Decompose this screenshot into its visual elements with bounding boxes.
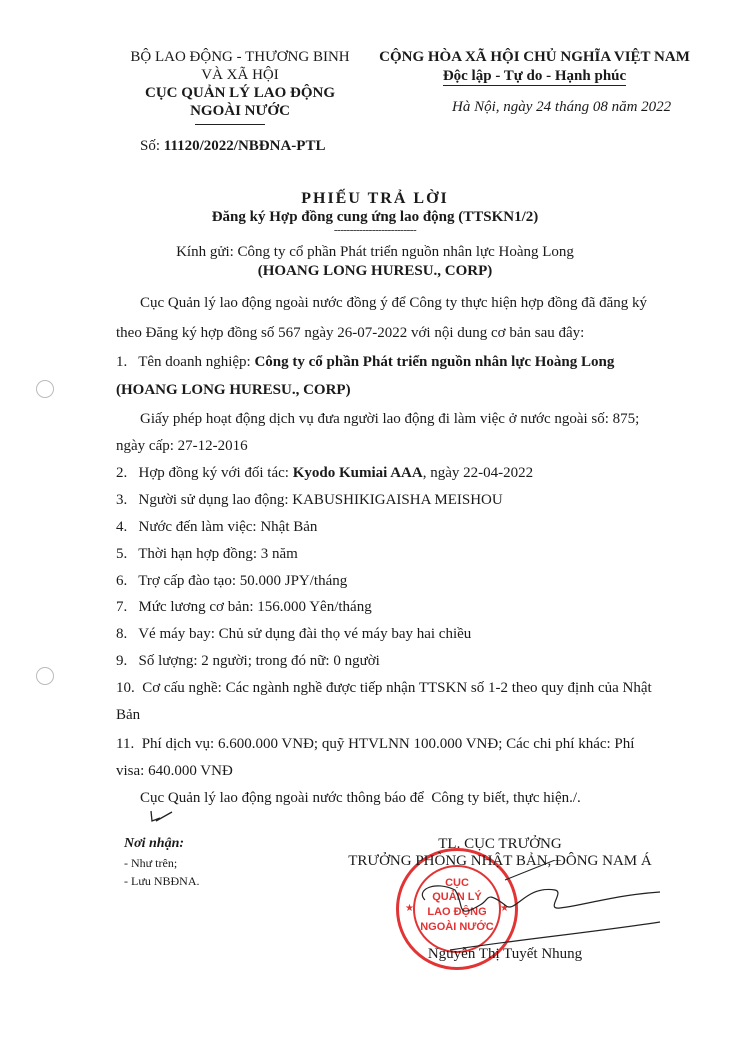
item-3: 3. Người sử dụng lao động: KABUSHIKIGAIS… bbox=[116, 492, 503, 509]
item-9: 9. Số lượng: 2 người; trong đó nữ: 0 ngư… bbox=[116, 653, 380, 670]
item-1: 1. Tên doanh nghiệp: Công ty cổ phần Phá… bbox=[116, 354, 614, 371]
recipient-en: (HOANG LONG HURESU., CORP) bbox=[0, 263, 750, 280]
title-divider: -------------------------- bbox=[0, 224, 750, 236]
ministry-name: BỘ LAO ĐỘNG - THƯƠNG BINH VÀ XÃ HỘI CỤC … bbox=[110, 48, 370, 120]
intro-line1: Cục Quản lý lao động ngoài nước đồng ý đ… bbox=[140, 295, 647, 312]
signature-title1: TL. CỤC TRƯỞNG bbox=[340, 836, 660, 853]
header-left-rule bbox=[195, 124, 265, 125]
license-line2: ngày cấp: 27-12-2016 bbox=[116, 438, 248, 455]
handwritten-signature-icon bbox=[395, 860, 665, 960]
motto: Độc lập - Tự do - Hạnh phúc bbox=[372, 67, 697, 85]
item-8: 8. Vé máy bay: Chủ sử dụng đài thọ vé má… bbox=[116, 626, 471, 643]
signer-name: Nguyễn Thị Tuyết Nhung bbox=[340, 946, 670, 963]
item-11-cont: visa: 640.000 VNĐ bbox=[116, 763, 233, 780]
item-1-en: (HOANG LONG HURESU., CORP) bbox=[116, 382, 351, 399]
doc-number: Số: 11120/2022/NBĐNA-PTL bbox=[140, 138, 325, 155]
agency-line1: CỤC QUẢN LÝ LAO ĐỘNG bbox=[110, 84, 370, 102]
initial-mark-icon bbox=[148, 809, 174, 823]
agency-line2: NGOÀI NƯỚC bbox=[110, 102, 370, 120]
ministry-line2: VÀ XÃ HỘI bbox=[110, 66, 370, 84]
punch-hole-bottom bbox=[36, 667, 54, 685]
item-10: 10. Cơ cấu nghề: Các ngành nghề được tiế… bbox=[116, 680, 652, 697]
closing-line: Cục Quản lý lao động ngoài nước thông bá… bbox=[140, 790, 581, 824]
recipient-item-2: - Lưu NBĐNA. bbox=[124, 874, 200, 889]
recipient-line: Kính gửi: Công ty cổ phần Phát triển ngu… bbox=[0, 244, 750, 261]
document-title: PHIẾU TRẢ LỜI bbox=[0, 190, 750, 208]
ministry-line1: BỘ LAO ĐỘNG - THƯƠNG BINH bbox=[110, 48, 370, 66]
place-date: Hà Nội, ngày 24 tháng 08 năm 2022 bbox=[452, 99, 671, 116]
item-10-cont: Bản bbox=[116, 707, 140, 724]
item-6: 6. Trợ cấp đào tạo: 50.000 JPY/tháng bbox=[116, 573, 347, 590]
recipient-item-1: - Như trên; bbox=[124, 856, 177, 871]
country-name: CỘNG HÒA XÃ HỘI CHỦ NGHĨA VIỆT NAM bbox=[372, 48, 697, 66]
item-7: 7. Mức lương cơ bản: 156.000 Yên/tháng bbox=[116, 599, 372, 616]
punch-hole-top bbox=[36, 380, 54, 398]
item-4: 4. Nước đến làm việc: Nhật Bản bbox=[116, 519, 317, 536]
item-2: 2. Hợp đồng ký với đối tác: Kyodo Kumiai… bbox=[116, 465, 533, 482]
recipients-label: Nơi nhận: bbox=[124, 836, 184, 852]
item-11: 11. Phí dịch vụ: 6.600.000 VNĐ; quỹ HTVL… bbox=[116, 736, 634, 753]
intro-line2: theo Đăng ký hợp đồng số 567 ngày 26-07-… bbox=[116, 325, 584, 342]
license-line1: Giấy phép hoạt động dịch vụ đưa người la… bbox=[140, 411, 639, 428]
item-5: 5. Thời hạn hợp đồng: 3 năm bbox=[116, 546, 298, 563]
